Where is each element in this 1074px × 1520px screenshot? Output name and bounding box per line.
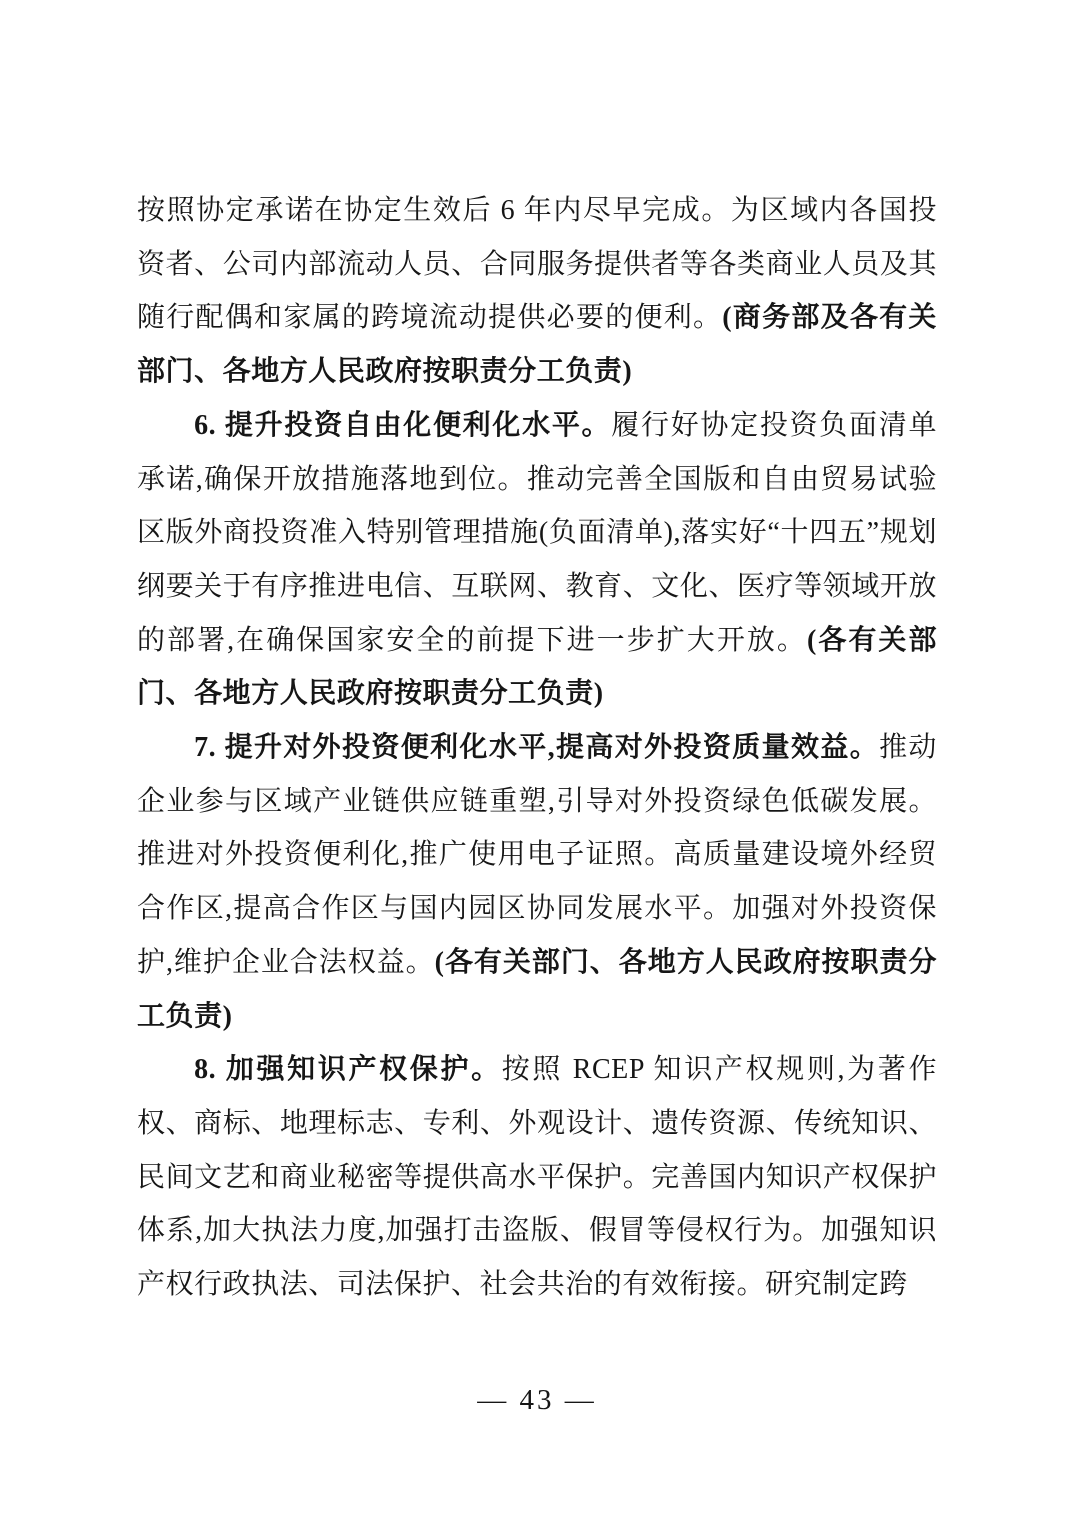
paragraph: 按照协定承诺在协定生效后 6 年内尽早完成。为区域内各国投资者、公司内部流动人员…	[137, 184, 937, 399]
document-body: 按照协定承诺在协定生效后 6 年内尽早完成。为区域内各国投资者、公司内部流动人员…	[137, 184, 937, 1312]
paragraph: 8. 加强知识产权保护。按照 RCEP 知识产权规则,为著作权、商标、地理标志、…	[137, 1043, 937, 1312]
paragraph: 7. 提升对外投资便利化水平,提高对外投资质量效益。推动企业参与区域产业链供应链…	[137, 721, 937, 1043]
emphasis-run: 6. 提升投资自由化便利化水平。	[194, 410, 611, 441]
page-number: — 43 —	[0, 1384, 1074, 1417]
text-run: 履行好协定投资负面清单承诺,确保开放措施落地到位。推动完善全国版和自由贸易试验区…	[137, 410, 937, 656]
paragraph: 6. 提升投资自由化便利化水平。履行好协定投资负面清单承诺,确保开放措施落地到位…	[137, 399, 937, 721]
emphasis-run: 7. 提升对外投资便利化水平,提高对外投资质量效益。	[194, 732, 879, 763]
emphasis-run: 8. 加强知识产权保护。	[194, 1054, 502, 1085]
text-run: 推动企业参与区域产业链供应链重塑,引导对外投资绿色低碳发展。推进对外投资便利化,…	[137, 732, 937, 978]
text-run: 按照 RCEP 知识产权规则,为著作权、商标、地理标志、专利、外观设计、遗传资源…	[137, 1054, 937, 1300]
document-page: 按照协定承诺在协定生效后 6 年内尽早完成。为区域内各国投资者、公司内部流动人员…	[0, 0, 1074, 1520]
